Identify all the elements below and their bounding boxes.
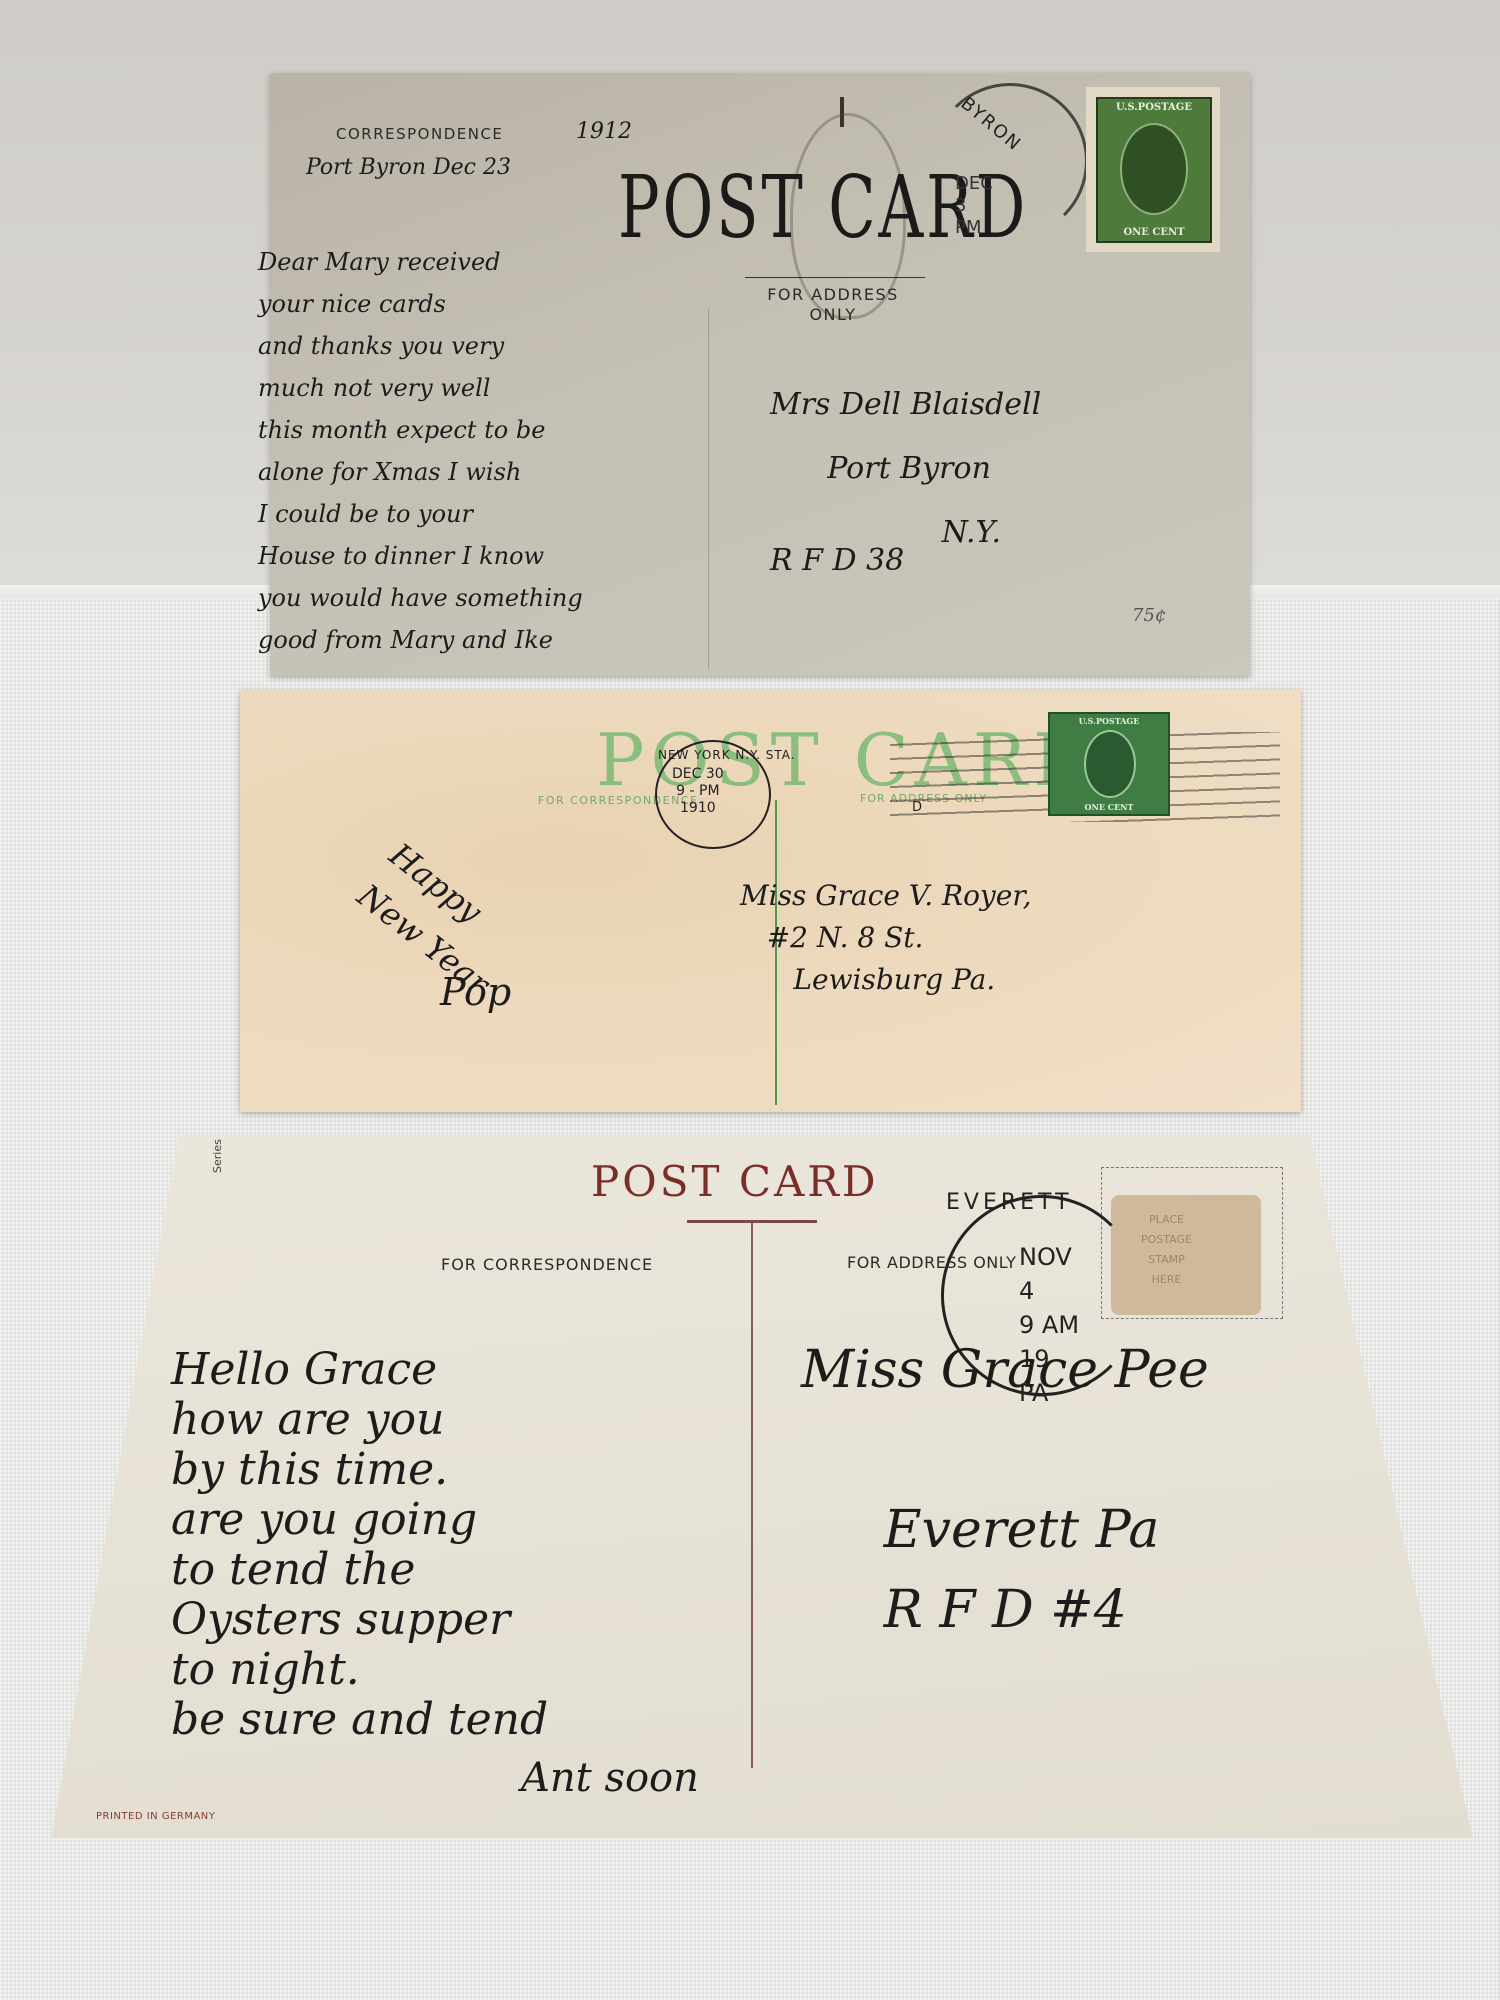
stamp-face: U.S.POSTAGE ONE CENT	[1096, 97, 1212, 243]
postmark-date: DEC 3 PM	[955, 173, 993, 239]
postage-stamp: U.S.POSTAGE ONE CENT	[1086, 87, 1220, 252]
post-card-title: POST CARD	[591, 1157, 879, 1206]
postcard-everett-pa: Series No. 1550. POST CARD FOR CORRESPON…	[51, 1135, 1473, 1838]
stamp-top-text: U.S.POSTAGE	[1098, 102, 1210, 113]
handwritten-message: Dear Mary received your nice cards and t…	[258, 241, 583, 661]
postcard-1910-new-year: POST CARD FOR CORRESPONDENCE FOR ADDRESS…	[240, 690, 1301, 1112]
card-divider	[751, 1223, 753, 1768]
handwritten-signature: Pop	[440, 970, 511, 1014]
postmark-town: EVERETT	[946, 1190, 1073, 1215]
handwritten-rfd: R F D 38	[770, 543, 904, 578]
portrait-icon	[1120, 123, 1188, 215]
postage-stamp: U.S.POSTAGE ONE CENT	[1048, 712, 1170, 816]
handwritten-year: 1912	[576, 119, 632, 144]
correspondence-label: CORRESPONDENCE	[336, 125, 503, 143]
correspondence-label: FOR CORRESPONDENCE	[441, 1255, 653, 1274]
address-label: FOR ADDRESS ONLY	[758, 285, 908, 325]
handwritten-signature: Ant soon	[521, 1755, 699, 1801]
card-divider	[708, 309, 709, 669]
portrait-icon	[1084, 730, 1136, 798]
machine-cancel-mark: D	[912, 800, 922, 815]
stamp-bottom-text: ONE CENT	[1098, 227, 1210, 238]
handwritten-address: Miss Grace Pee Everett Pa R F D #4	[801, 1330, 1209, 1650]
handwritten-place-date: Port Byron Dec 23	[306, 155, 511, 180]
handwritten-message: Hello Grace how are you by this time. ar…	[171, 1345, 548, 1745]
stamp-top-text: U.S.POSTAGE	[1050, 716, 1168, 726]
postcard-1912-port-byron: CORRESPONDENCE 1912 Port Byron Dec 23 PO…	[270, 73, 1250, 676]
stamp-box-text: PLACE POSTAGE STAMP HERE	[1141, 1210, 1192, 1290]
handwritten-address: Miss Grace V. Royer, #2 N. 8 St. Lewisbu…	[740, 875, 1032, 1001]
pencil-price-note: 75¢	[1132, 605, 1166, 626]
postmark-city: NEW YORK N.Y. STA.	[658, 748, 796, 762]
postmark-date: DEC 30 9 - PM 1910	[672, 766, 724, 817]
header-rule	[745, 277, 925, 278]
printed-in-germany: PRINTED IN GERMANY	[96, 1811, 215, 1822]
stamp-bottom-text: ONE CENT	[1050, 802, 1168, 812]
handwritten-address: Mrs Dell Blaisdell Port Byron N.Y.	[770, 373, 1041, 565]
